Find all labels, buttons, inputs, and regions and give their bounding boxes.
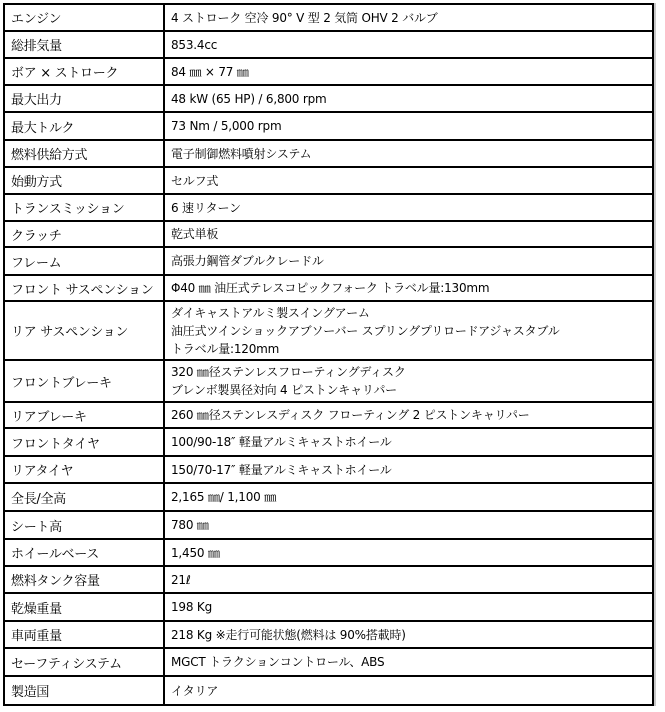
spec-value-line: 6 速リターン — [171, 199, 652, 217]
spec-table: エンジン4 ストローク 空冷 90° V 型 2 気筒 OHV 2 バルブ総排気… — [3, 3, 654, 706]
spec-row: フロントタイヤ100/90-18″ 軽量アルミキャストホイール — [4, 428, 653, 456]
spec-label: トランスミッション — [4, 194, 164, 221]
spec-table-body: エンジン4 ストローク 空冷 90° V 型 2 気筒 OHV 2 バルブ総排気… — [4, 4, 653, 705]
spec-value: イタリア — [164, 676, 653, 705]
spec-label: ボア × ストローク — [4, 58, 164, 85]
spec-value: 電子制御燃料噴射システム — [164, 140, 653, 167]
spec-value-line: 320 ㎜径ステンレスフローティングディスク — [171, 363, 652, 381]
spec-label: クラッチ — [4, 221, 164, 247]
spec-value: 320 ㎜径ステンレスフローティングディスクブレンボ製異径対向 4 ピストンキャ… — [164, 360, 653, 402]
spec-value: 73 Nm / 5,000 rpm — [164, 112, 653, 140]
spec-row: リアブレーキ260 ㎜径ステンレスディスク フローティング 2 ピストンキャリパ… — [4, 402, 653, 428]
spec-label: フロントタイヤ — [4, 428, 164, 456]
spec-label: リアブレーキ — [4, 402, 164, 428]
spec-label: 燃料供給方式 — [4, 140, 164, 167]
spec-value: MGCT トラクションコントロール、ABS — [164, 648, 653, 676]
spec-label: 総排気量 — [4, 31, 164, 58]
spec-row: 総排気量853.4cc — [4, 31, 653, 58]
spec-value: 84 ㎜ × 77 ㎜ — [164, 58, 653, 85]
spec-value: 780 ㎜ — [164, 511, 653, 539]
spec-value-line: MGCT トラクションコントロール、ABS — [171, 653, 652, 671]
spec-row: 最大出力48 kW (65 HP) / 6,800 rpm — [4, 85, 653, 112]
spec-value: 高張力鋼管ダブルクレードル — [164, 247, 653, 275]
spec-value: 218 Kg ※走行可能状態(燃料は 90%搭載時) — [164, 621, 653, 648]
spec-row: 全長/全高2,165 ㎜/ 1,100 ㎜ — [4, 483, 653, 511]
spec-value: 198 Kg — [164, 593, 653, 621]
spec-row: フロントブレーキ320 ㎜径ステンレスフローティングディスクブレンボ製異径対向 … — [4, 360, 653, 402]
spec-value-line: Φ40 ㎜ 油圧式テレスコピックフォーク トラベル量:130mm — [171, 279, 652, 297]
spec-row: 製造国イタリア — [4, 676, 653, 705]
spec-value: セルフ式 — [164, 167, 653, 194]
spec-row: リアタイヤ150/70-17″ 軽量アルミキャストホイール — [4, 456, 653, 483]
spec-value: 2,165 ㎜/ 1,100 ㎜ — [164, 483, 653, 511]
spec-label: フロントブレーキ — [4, 360, 164, 402]
spec-value-line: 油圧式ツインショックアブソーバー スプリングプリロードアジャスタブル — [171, 322, 652, 340]
spec-value-line: トラベル量:120mm — [171, 340, 652, 358]
spec-value-line: 乾式単板 — [171, 225, 652, 243]
spec-value-line: 4 ストローク 空冷 90° V 型 2 気筒 OHV 2 バルブ — [171, 9, 652, 27]
spec-value-line: 218 Kg ※走行可能状態(燃料は 90%搭載時) — [171, 626, 652, 644]
spec-row: 車両重量218 Kg ※走行可能状態(燃料は 90%搭載時) — [4, 621, 653, 648]
spec-label: リア サスペンション — [4, 301, 164, 360]
spec-value: 21ℓ — [164, 566, 653, 593]
spec-row: 燃料供給方式電子制御燃料噴射システム — [4, 140, 653, 167]
spec-row: セーフティシステムMGCT トラクションコントロール、ABS — [4, 648, 653, 676]
spec-label: 最大出力 — [4, 85, 164, 112]
spec-row: リア サスペンションダイキャストアルミ製スイングアーム油圧式ツインショックアブソ… — [4, 301, 653, 360]
spec-label: 最大トルク — [4, 112, 164, 140]
spec-value-line: 2,165 ㎜/ 1,100 ㎜ — [171, 488, 652, 506]
spec-value-line: セルフ式 — [171, 172, 652, 190]
spec-row: シート高780 ㎜ — [4, 511, 653, 539]
spec-value-line: 1,450 ㎜ — [171, 544, 652, 562]
spec-value: 4 ストローク 空冷 90° V 型 2 気筒 OHV 2 バルブ — [164, 4, 653, 31]
spec-value: 6 速リターン — [164, 194, 653, 221]
spec-value: 100/90-18″ 軽量アルミキャストホイール — [164, 428, 653, 456]
spec-value-line: ダイキャストアルミ製スイングアーム — [171, 304, 652, 322]
spec-value-line: ブレンボ製異径対向 4 ピストンキャリパー — [171, 381, 652, 399]
spec-label: フレーム — [4, 247, 164, 275]
spec-value-line: 電子制御燃料噴射システム — [171, 145, 652, 163]
spec-label: 製造国 — [4, 676, 164, 705]
spec-label: ホイールベース — [4, 539, 164, 566]
spec-value-line: 21ℓ — [171, 571, 652, 589]
spec-value-line: 260 ㎜径ステンレスディスク フローティング 2 ピストンキャリパー — [171, 406, 652, 424]
spec-label: 燃料タンク容量 — [4, 566, 164, 593]
spec-value-line: 48 kW (65 HP) / 6,800 rpm — [171, 90, 652, 108]
spec-value: 1,450 ㎜ — [164, 539, 653, 566]
spec-label: セーフティシステム — [4, 648, 164, 676]
spec-row: ボア × ストローク84 ㎜ × 77 ㎜ — [4, 58, 653, 85]
spec-value-line: 853.4cc — [171, 36, 652, 54]
spec-row: 燃料タンク容量21ℓ — [4, 566, 653, 593]
spec-label: シート高 — [4, 511, 164, 539]
spec-row: 最大トルク73 Nm / 5,000 rpm — [4, 112, 653, 140]
spec-row: エンジン4 ストローク 空冷 90° V 型 2 気筒 OHV 2 バルブ — [4, 4, 653, 31]
spec-value-line: 高張力鋼管ダブルクレードル — [171, 252, 652, 270]
spec-value: 乾式単板 — [164, 221, 653, 247]
spec-row: トランスミッション6 速リターン — [4, 194, 653, 221]
spec-label: 乾燥重量 — [4, 593, 164, 621]
spec-value: Φ40 ㎜ 油圧式テレスコピックフォーク トラベル量:130mm — [164, 275, 653, 301]
spec-value: ダイキャストアルミ製スイングアーム油圧式ツインショックアブソーバー スプリングプ… — [164, 301, 653, 360]
spec-value: 48 kW (65 HP) / 6,800 rpm — [164, 85, 653, 112]
spec-value: 853.4cc — [164, 31, 653, 58]
spec-row: クラッチ乾式単板 — [4, 221, 653, 247]
spec-value-line: 150/70-17″ 軽量アルミキャストホイール — [171, 461, 652, 479]
spec-value: 260 ㎜径ステンレスディスク フローティング 2 ピストンキャリパー — [164, 402, 653, 428]
spec-label: 始動方式 — [4, 167, 164, 194]
spec-value: 150/70-17″ 軽量アルミキャストホイール — [164, 456, 653, 483]
spec-value-line: イタリア — [171, 682, 652, 700]
spec-label: 車両重量 — [4, 621, 164, 648]
spec-label: エンジン — [4, 4, 164, 31]
spec-value-line: 84 ㎜ × 77 ㎜ — [171, 63, 652, 81]
spec-value-line: 198 Kg — [171, 598, 652, 616]
spec-value-line: 73 Nm / 5,000 rpm — [171, 117, 652, 135]
spec-label: フロント サスペンション — [4, 275, 164, 301]
spec-row: フロント サスペンションΦ40 ㎜ 油圧式テレスコピックフォーク トラベル量:1… — [4, 275, 653, 301]
spec-value-line: 100/90-18″ 軽量アルミキャストホイール — [171, 433, 652, 451]
spec-row: フレーム高張力鋼管ダブルクレードル — [4, 247, 653, 275]
spec-value-line: 780 ㎜ — [171, 516, 652, 534]
spec-row: 乾燥重量198 Kg — [4, 593, 653, 621]
spec-label: 全長/全高 — [4, 483, 164, 511]
spec-row: ホイールベース1,450 ㎜ — [4, 539, 653, 566]
spec-row: 始動方式セルフ式 — [4, 167, 653, 194]
spec-label: リアタイヤ — [4, 456, 164, 483]
